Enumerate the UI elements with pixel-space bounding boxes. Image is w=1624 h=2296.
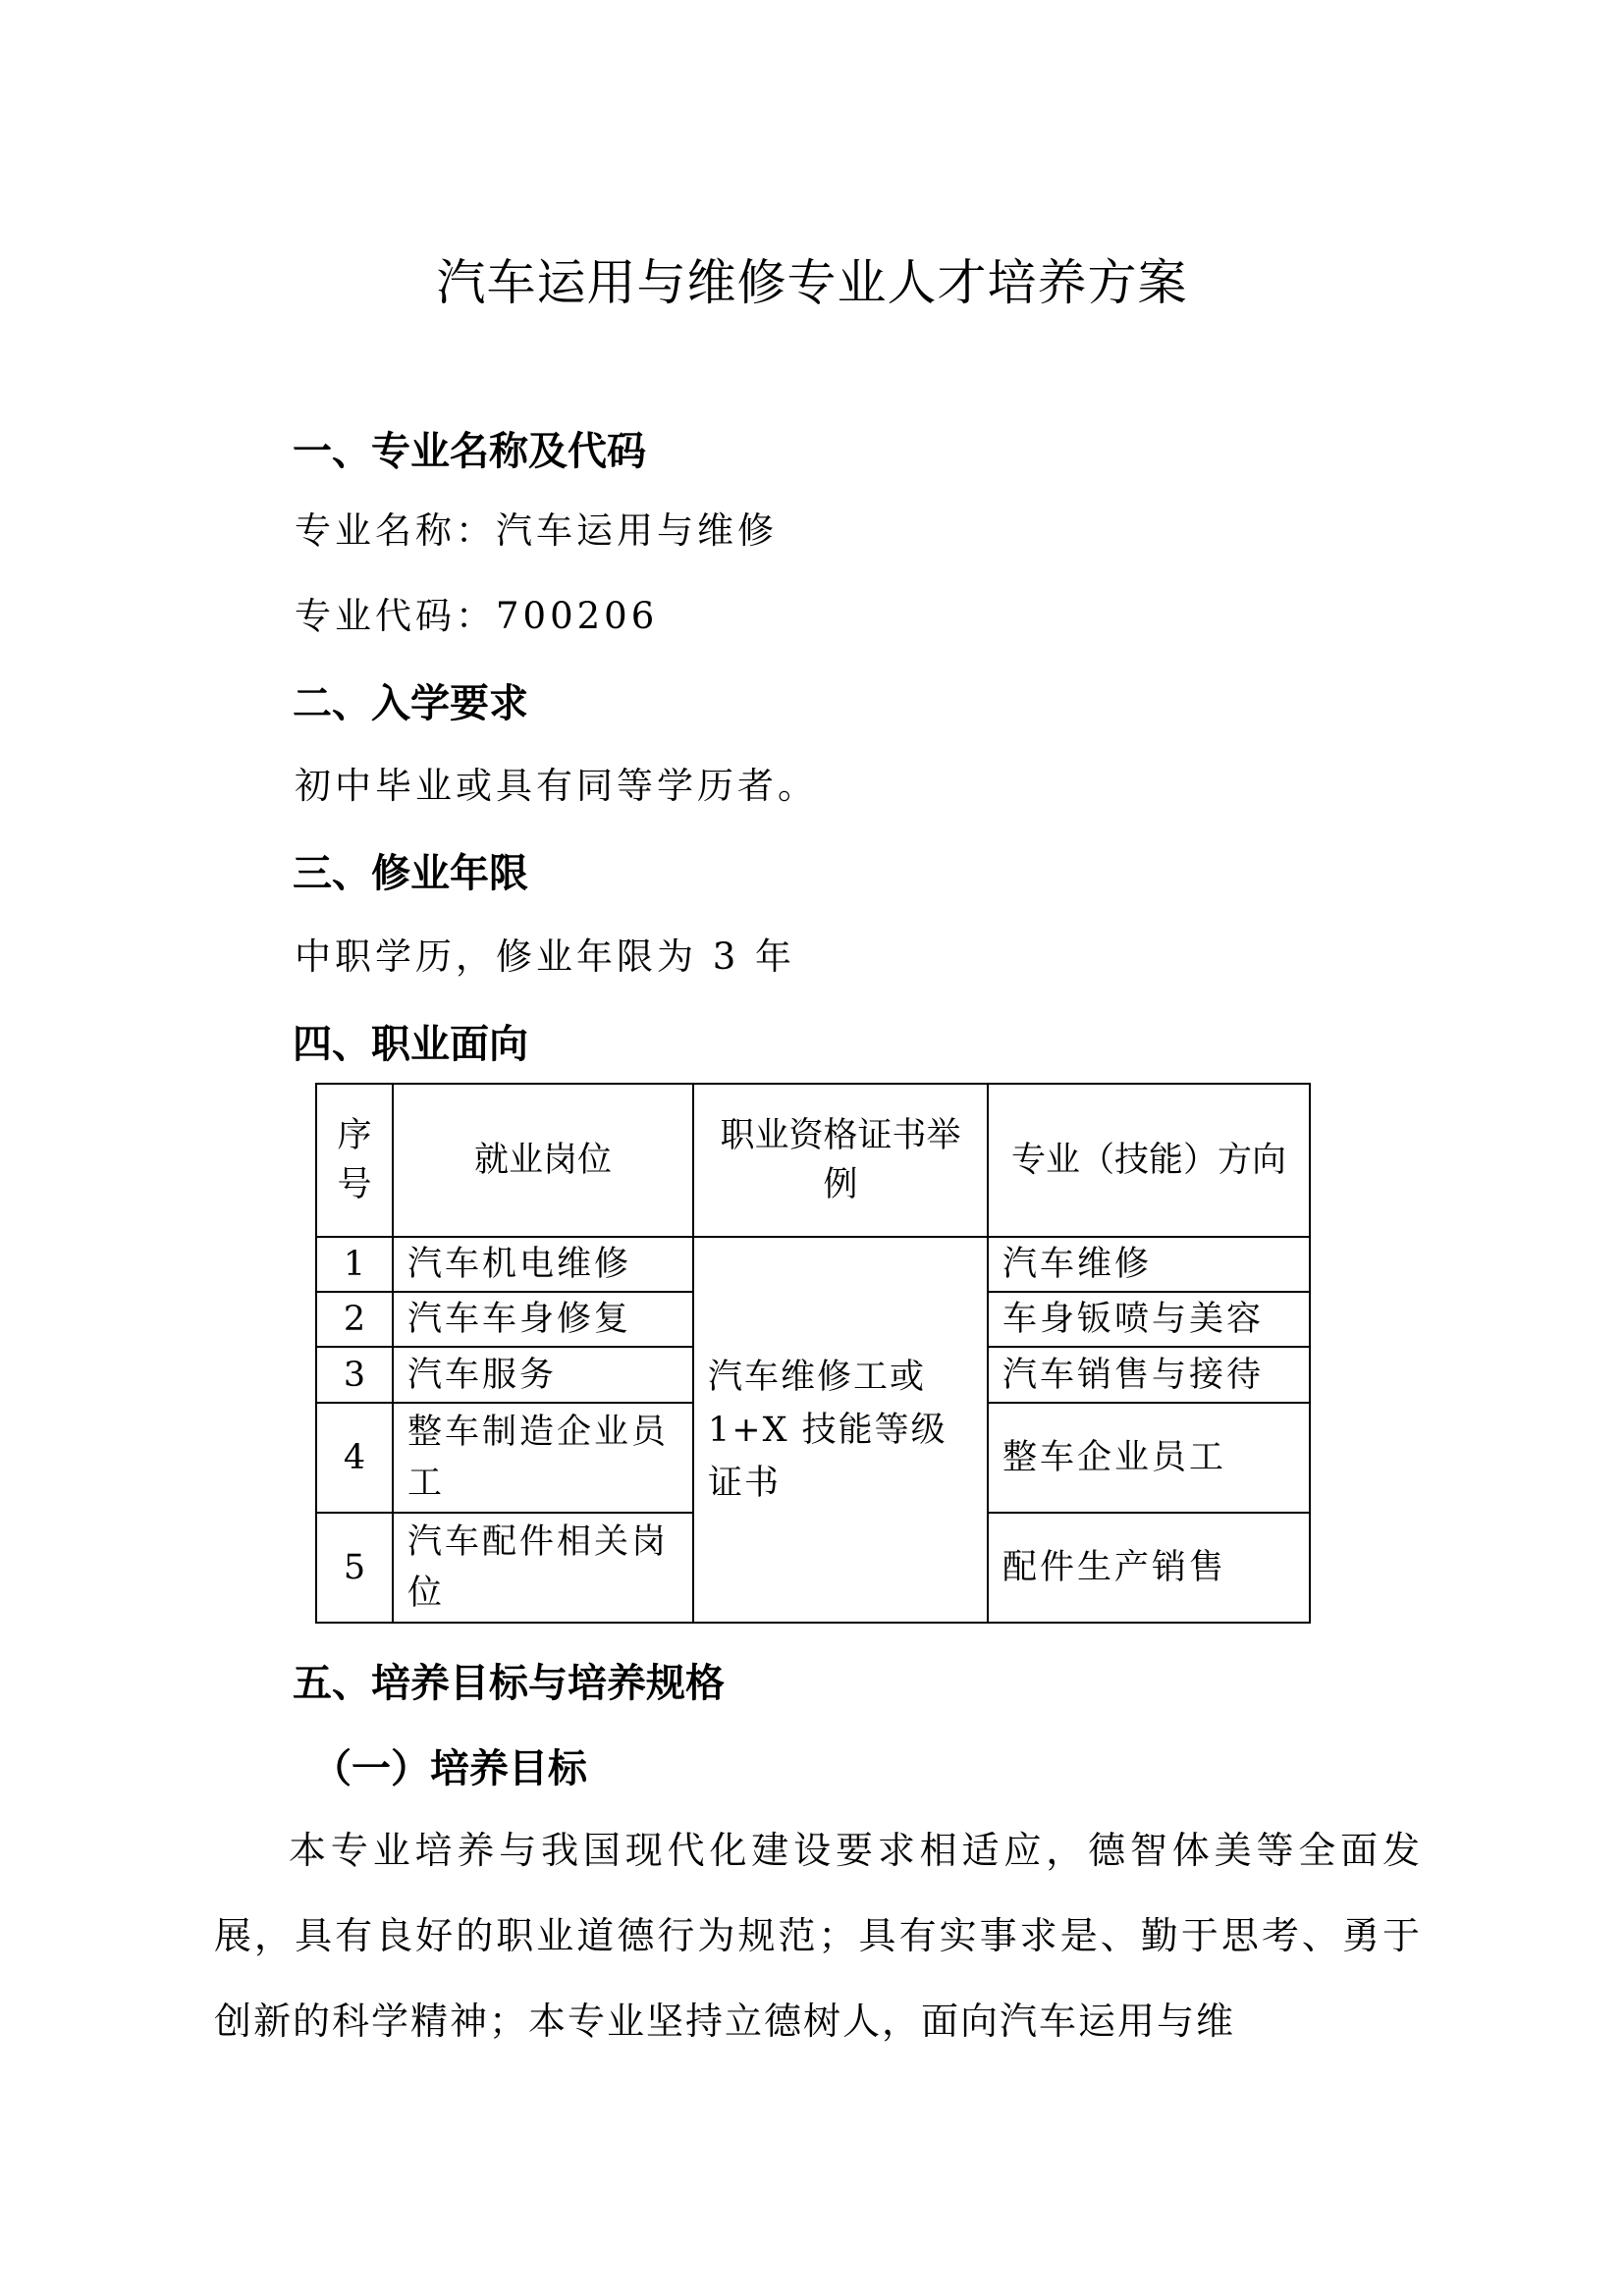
row-direction: 汽车维修 — [988, 1237, 1310, 1292]
header-certificate: 职业资格证书举例 — [693, 1084, 988, 1237]
row-number: 2 — [316, 1292, 393, 1347]
page-title: 汽车运用与维修专业人才培养方案 — [0, 243, 1624, 314]
study-duration: 中职学历，修业年限为 3 年 — [295, 927, 795, 980]
row-position: 汽车车身修复 — [393, 1292, 693, 1347]
section-heading-1: 一、专业名称及代码 — [293, 420, 646, 476]
row-position: 整车制造企业员工 — [393, 1403, 693, 1513]
header-direction: 专业（技能）方向 — [988, 1084, 1310, 1237]
major-name-line: 专业名称：汽车运用与维修 — [295, 501, 778, 554]
row-position: 汽车机电维修 — [393, 1237, 693, 1292]
row-number: 1 — [316, 1237, 393, 1292]
table-header-row: 序号 就业岗位 职业资格证书举例 专业（技能）方向 — [316, 1084, 1310, 1237]
table-row: 1 汽车机电维修 汽车维修工或1+X 技能等级证书 汽车维修 — [316, 1237, 1310, 1292]
row-number: 5 — [316, 1513, 393, 1623]
section-heading-2: 二、入学要求 — [293, 672, 528, 728]
major-code-line: 专业代码：700206 — [295, 586, 658, 639]
section-heading-3: 三、修业年限 — [293, 842, 528, 898]
row-direction: 整车企业员工 — [988, 1403, 1310, 1513]
subsection-heading: （一）培养目标 — [312, 1737, 587, 1793]
row-number: 3 — [316, 1347, 393, 1403]
row-number: 4 — [316, 1403, 393, 1513]
career-orientation-table: 序号 就业岗位 职业资格证书举例 专业（技能）方向 1 汽车机电维修 汽车维修工… — [315, 1083, 1311, 1624]
section-heading-4: 四、职业面向 — [293, 1013, 528, 1069]
section-heading-5: 五、培养目标与培养规格 — [293, 1652, 725, 1708]
row-direction: 汽车销售与接待 — [988, 1347, 1310, 1403]
admission-requirement: 初中毕业或具有同等学历者。 — [295, 756, 818, 809]
training-goal-paragraph: 本专业培养与我国现代化建设要求相适应，德智体美等全面发展，具有良好的职业道德行为… — [214, 1808, 1422, 2064]
row-direction: 车身钣喷与美容 — [988, 1292, 1310, 1347]
row-position: 汽车配件相关岗位 — [393, 1513, 693, 1623]
header-serial: 序号 — [316, 1084, 393, 1237]
certificate-merged-cell: 汽车维修工或1+X 技能等级证书 — [693, 1237, 988, 1623]
row-position: 汽车服务 — [393, 1347, 693, 1403]
header-position: 就业岗位 — [393, 1084, 693, 1237]
row-direction: 配件生产销售 — [988, 1513, 1310, 1623]
